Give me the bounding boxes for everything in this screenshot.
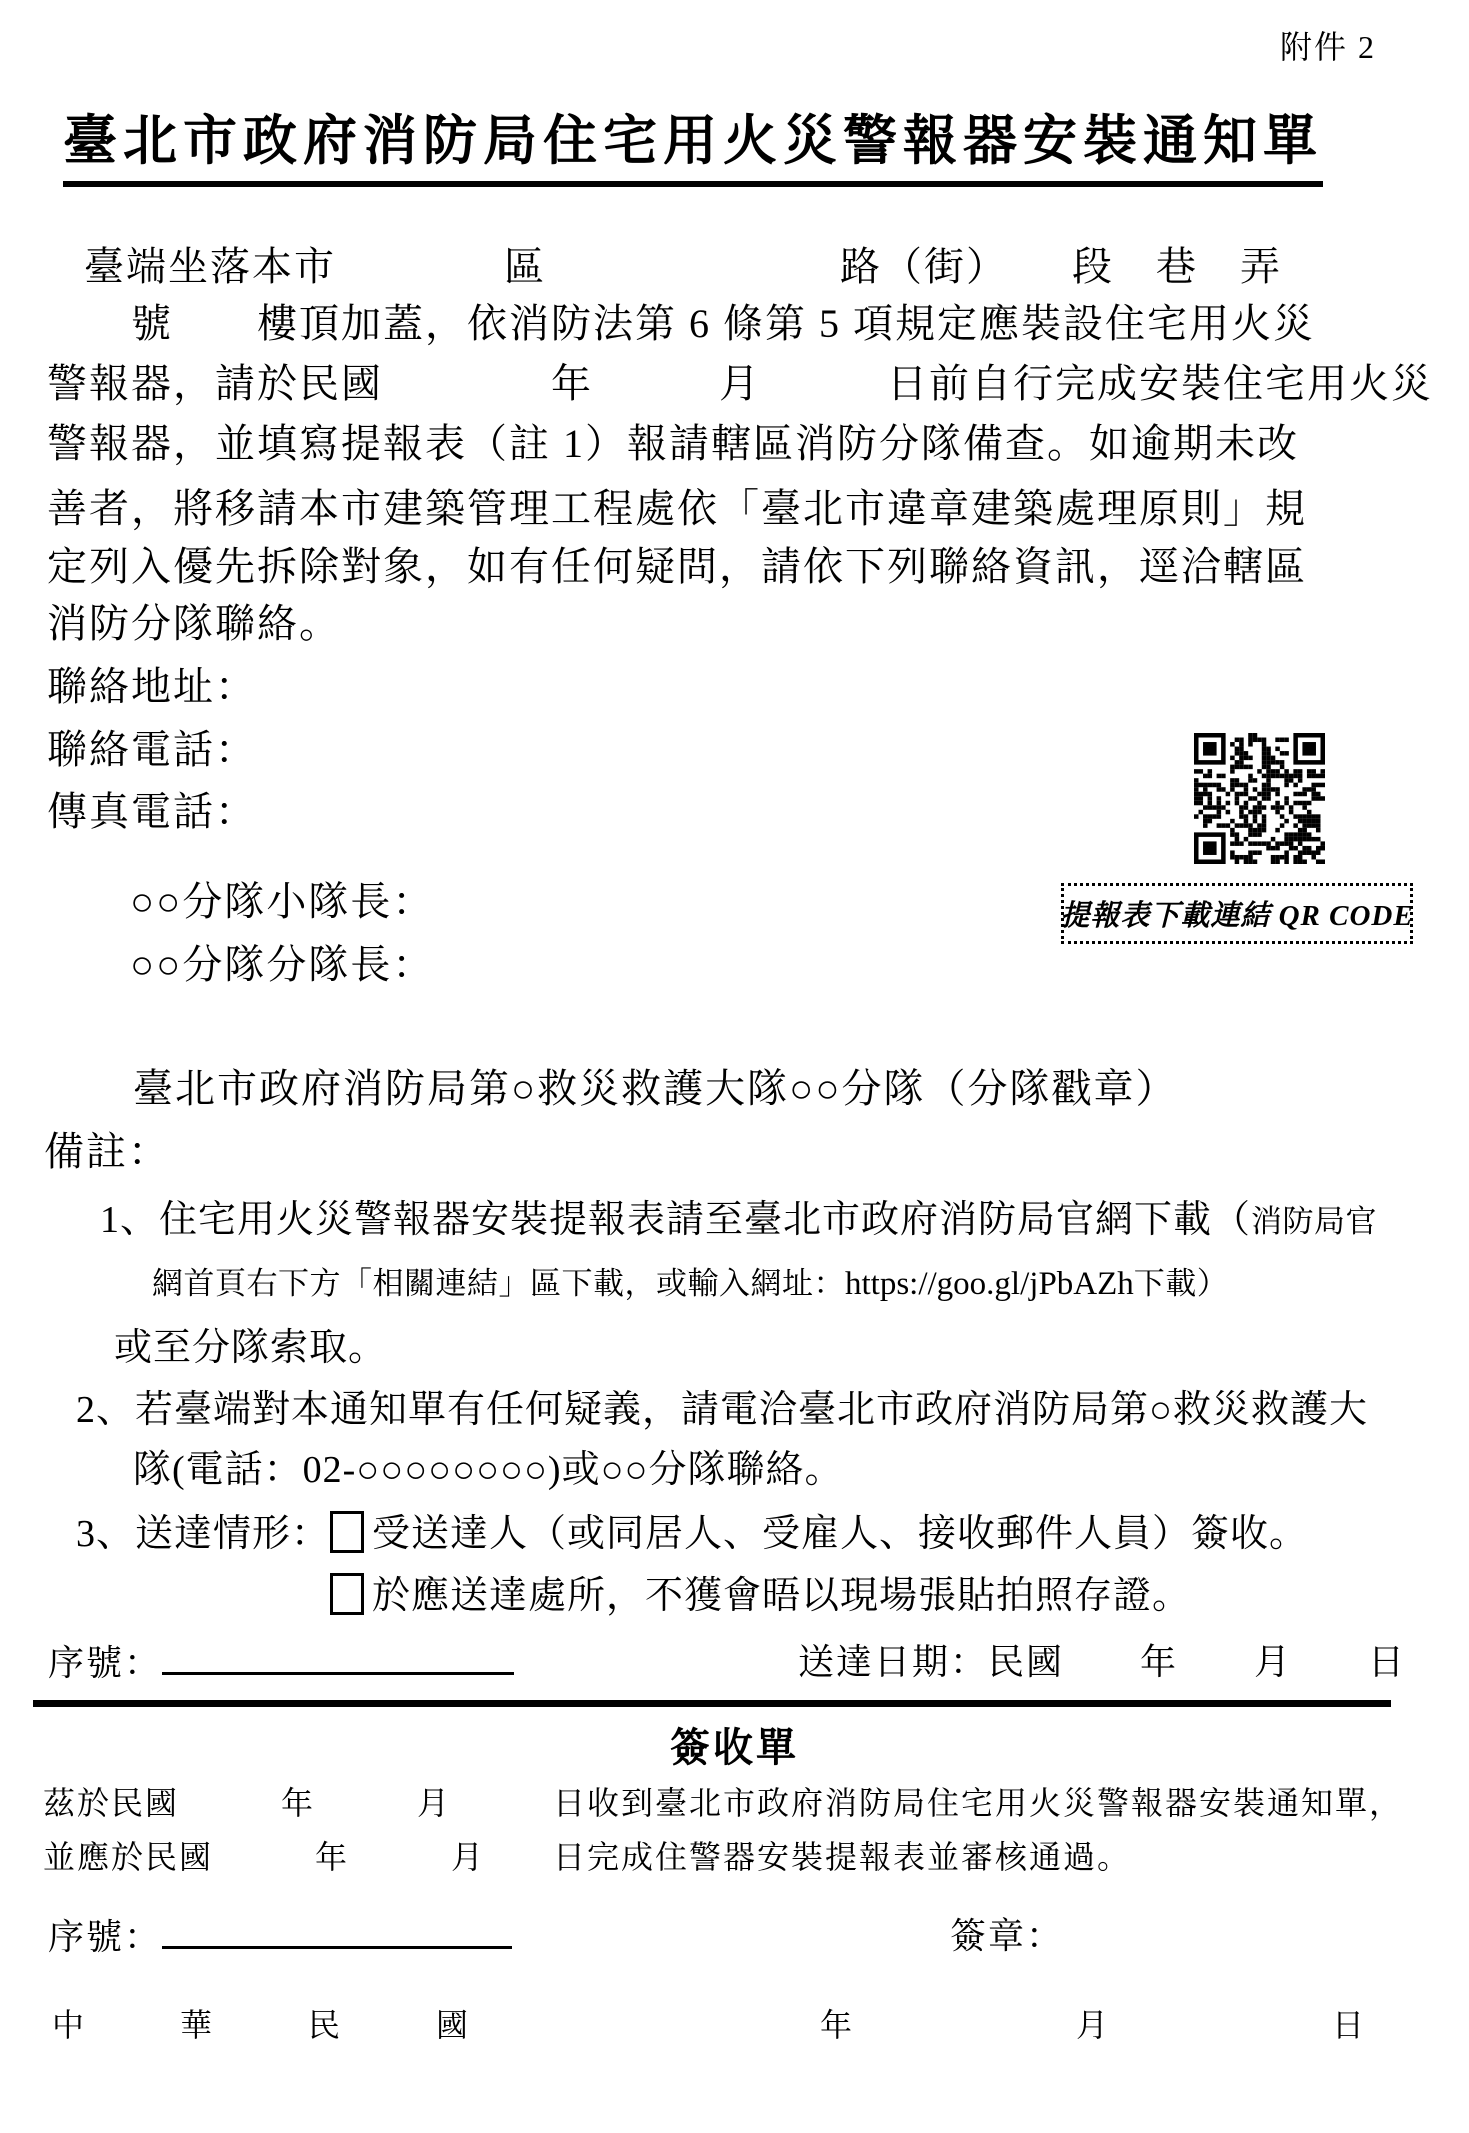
note2-line1: 2、若臺端對本通知單有任何疑義，請電洽臺北市政府消防局第○救災救護大 [76, 1378, 1368, 1433]
delivery-serial-row: 序號： [48, 1634, 514, 1686]
body-line-priority: 定列入優先拆除對象，如有任何疑問，請依下列聯絡資訊，逕洽轄區 [47, 537, 1307, 597]
receipt-line1: 茲於民國 年 月 日收到臺北市政府消防局住宅用火災警報器安裝通知單， [43, 1778, 1403, 1824]
note3-option2-text: 於應送達處所，不獲會晤以現場張貼拍照存證。 [372, 1575, 1191, 1617]
delivery-serial-input-line[interactable] [162, 1634, 514, 1675]
delivery-date-line: 送達日期：民國 年 月 日 [798, 1634, 1406, 1685]
note3-line2: 於應送達處所，不獲會晤以現場張貼拍照存證。 [330, 1564, 1191, 1619]
body-line-address-blanks: 臺端坐落本市 區 路（街） 段 巷 弄 [84, 237, 1282, 297]
squad-leader-label: ○○分隊小隊長： [130, 872, 434, 932]
note1-line2-tail: 下載） [1134, 1266, 1229, 1301]
receipt-serial-input-line[interactable] [162, 1908, 512, 1949]
note1-line2-text: 網首頁右下方「相關連結」區下載，或輸入網址： [152, 1266, 845, 1301]
body-line-report-form: 警報器，並填寫提報表（註 1）報請轄區消防分隊備查。如逾期未改 [47, 414, 1299, 474]
contact-phone-label: 聯絡電話： [47, 720, 257, 780]
qr-caption: 提報表下載連結 QR CODE [1060, 893, 1413, 934]
download-url: https://goo.gl/jPbAZh [845, 1266, 1134, 1302]
note3-option1-text: 受送達人（或同居人、受雇人、接收郵件人員）簽收。 [372, 1513, 1308, 1555]
branch-stamp-line: 臺北市政府消防局第○救災救護大隊○○分隊（分隊戳章） [133, 1057, 1177, 1114]
note1-line2: 網首頁右下方「相關連結」區下載，或輸入網址：https://goo.gl/jPb… [152, 1258, 1228, 1304]
body-line-demolition-rule: 善者，將移請本市建築管理工程處依「臺北市違章建築處理原則」規 [47, 479, 1307, 539]
page-title: 臺北市政府消防局住宅用火災警報器安裝通知單 [63, 98, 1323, 187]
body-line-deadline: 警報器，請於民國 年 月 日前自行完成安裝住宅用火災 [47, 354, 1433, 414]
note1-line1-normal: 1、住宅用火災警報器安裝提報表請至臺北市政府消防局官網下載（ [100, 1199, 1251, 1241]
checkbox-signed-by-recipient[interactable] [330, 1511, 364, 1553]
receipt-signature-label: 簽章： [950, 1908, 1064, 1959]
note1-line1-small: 消防局官 [1251, 1204, 1377, 1239]
receipt-serial-label: 序號： [48, 1917, 162, 1957]
delivery-serial-label: 序號： [48, 1643, 162, 1683]
contact-address-label: 聯絡地址： [47, 657, 257, 717]
section-divider [33, 1700, 1391, 1707]
qr-caption-box: 提報表下載連結 QR CODE [1061, 883, 1413, 944]
branch-leader-label: ○○分隊分隊長： [130, 935, 434, 995]
note1-line3: 或至分隊索取。 [114, 1316, 387, 1371]
body-line-contact-branch: 消防分隊聯絡。 [47, 594, 341, 654]
qr-code [1194, 733, 1325, 864]
note2-line2: 隊(電話：02-○○○○○○○○)或○○分隊聯絡。 [133, 1438, 844, 1493]
receipt-serial-row: 序號： [48, 1908, 512, 1960]
remarks-heading: 備註： [44, 1120, 170, 1177]
note3-delivery-label: 3、送達情形： [76, 1513, 330, 1555]
receipt-line2: 並應於民國 年 月 日完成住警器安裝提報表並審核通過。 [43, 1832, 1131, 1878]
note3-line1: 3、送達情形：受送達人（或同居人、受雇人、接收郵件人員）簽收。 [76, 1502, 1308, 1557]
checkbox-posted-on-site[interactable] [330, 1573, 364, 1615]
contact-fax-label: 傳真電話： [47, 782, 257, 842]
attachment-label: 附件 2 [1280, 22, 1376, 68]
note1-line1: 1、住宅用火災警報器安裝提報表請至臺北市政府消防局官網下載（消防局官 [100, 1188, 1377, 1243]
receipt-title: 簽收單 [0, 1716, 1469, 1773]
notice-document: 附件 2 臺北市政府消防局住宅用火災警報器安裝通知單 臺端坐落本市 區 路（街）… [0, 0, 1469, 2133]
roc-date-line: 中 華 民 國 年 月 日 [52, 2000, 1364, 2046]
body-line-number-rooftop: 號 樓頂加蓋，依消防法第 6 條第 5 項規定應裝設住宅用火災 [47, 294, 1315, 354]
